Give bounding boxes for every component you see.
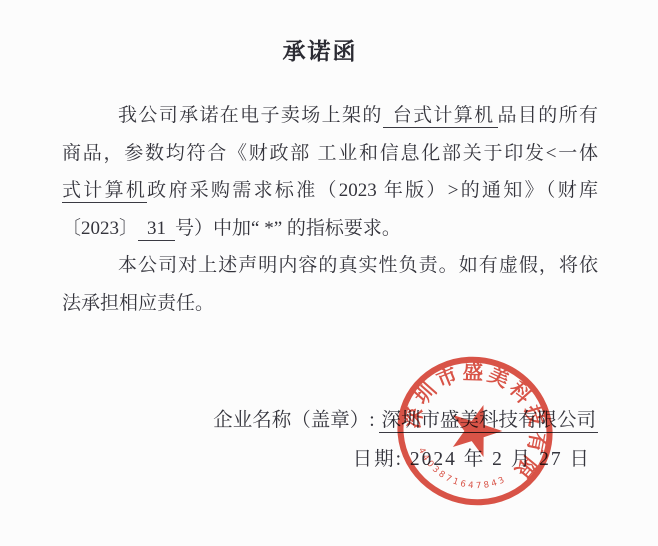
body-line-3: 式计算机政府采购需求标准（2023 年版）>的通知》（财库	[62, 172, 598, 210]
date-value: 2024 年 2 月 27 日	[410, 449, 591, 470]
body-line-4: 〔2023〕31号）中加“ *” 的指标要求。	[62, 210, 598, 248]
blank-document-number: 31	[138, 218, 175, 241]
blank-product-category: 台式计算机	[383, 105, 498, 128]
blank-standard-name: 式计算机	[62, 180, 147, 203]
line4-text-pre: 〔2023〕	[62, 218, 138, 239]
company-name-label: 企业名称（盖章）:	[213, 410, 379, 431]
body-line-2: 商品，参数均符合《财政部 工业和信息化部关于印发<一体	[62, 135, 598, 173]
date-line: 日期: 2024 年 2 月 27 日	[213, 440, 598, 479]
line3-text: 政府采购需求标准（2023 年版）>的通知》（财库	[147, 180, 598, 201]
document-page: 承诺函 我公司承诺在电子卖场上架的台式计算机品目的所有 商品，参数均符合《财政部…	[0, 0, 658, 546]
body-line-5: 本公司对上述声明内容的真实性负责。如有虚假，将依	[62, 247, 598, 285]
line1-text-post: 品目的所有	[498, 105, 598, 126]
company-name-value: 深圳市盛美科技有限公司	[379, 410, 598, 433]
company-name-line: 企业名称（盖章）: 深圳市盛美科技有限公司	[213, 401, 598, 440]
line4-text-post: 号）中加“ *” 的指标要求。	[175, 218, 401, 239]
document-title: 承诺函	[0, 33, 640, 66]
date-label: 日期:	[353, 449, 410, 470]
body-line-6: 法承担相应责任。	[62, 285, 598, 323]
line1-text-pre: 我公司承诺在电子卖场上架的	[118, 105, 383, 126]
body-paragraph: 我公司承诺在电子卖场上架的台式计算机品目的所有 商品，参数均符合《财政部 工业和…	[62, 97, 598, 322]
body-line-1: 我公司承诺在电子卖场上架的台式计算机品目的所有	[62, 97, 598, 135]
signature-block: 企业名称（盖章）: 深圳市盛美科技有限公司 日期: 2024 年 2 月 27 …	[213, 401, 598, 479]
